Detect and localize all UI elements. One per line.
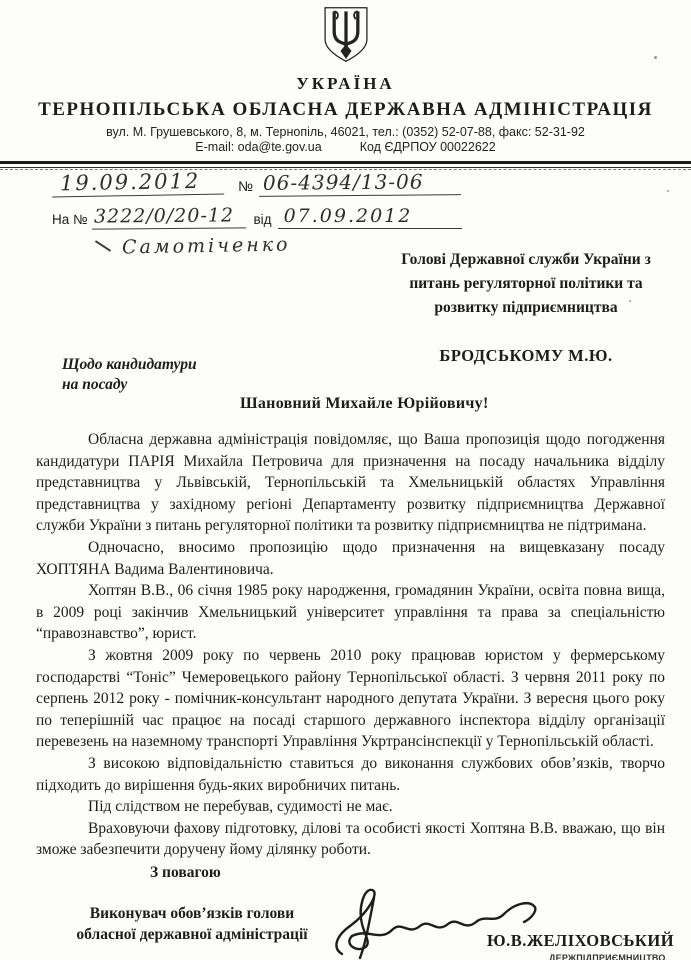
ukraine-trident-emblem-icon <box>317 5 375 65</box>
organization-contacts: E-mail: oda@te.gov.uaКод ЄДРПОУ 00022622 <box>0 140 691 154</box>
body-paragraph: Враховуючи фахову підготовку, ділові та … <box>36 818 665 861</box>
letterhead-separator <box>0 161 691 168</box>
incoming-number-field: 3222/0/20-12 <box>91 204 245 229</box>
scanned-letter-page: УКРАЇНА ТЕРНОПІЛЬСЬКА ОБЛАСНА ДЕРЖАВНА А… <box>0 0 691 960</box>
outgoing-date-field: 19.09.2012 <box>52 169 224 198</box>
stamp-caption: ДЕРЖПІДПРИЄМНИЦТВО <box>549 953 666 960</box>
incoming-reference-line: На № 3222/0/20-12 від 07.09.2012 <box>52 205 472 229</box>
recipient-line: Голові Державної служби України з <box>368 248 684 272</box>
body-paragraph: З високою відповідальністю ставиться до … <box>36 753 665 796</box>
body-paragraph: Обласна державна адміністрація повідомля… <box>36 429 665 537</box>
number-label: № <box>238 178 253 194</box>
pen-stroke-mark <box>95 240 111 251</box>
body-paragraph: З жовтня 2009 року по червень 2010 року … <box>36 645 665 753</box>
organization-address: вул. М. Грушевського, 8, м. Тернопіль, 4… <box>0 125 691 139</box>
recipient-line: розвитку підприємництва <box>368 296 684 320</box>
recipient-line: питань регуляторної політики та <box>368 272 684 296</box>
letterhead: УКРАЇНА ТЕРНОПІЛЬСЬКА ОБЛАСНА ДЕРЖАВНА А… <box>0 0 691 170</box>
letter-body: Обласна державна адміністрація повідомля… <box>36 429 665 861</box>
organization-email: E-mail: oda@te.gov.ua <box>195 140 321 154</box>
signer-name: Ю.В.ЖЕЛІХОВСЬКИЙ <box>487 931 674 951</box>
subject-block: Щодо кандидатури на посаду <box>62 355 197 395</box>
recipient-block: Голові Державної служби України з питань… <box>368 248 684 368</box>
signer-position-line: обласної державної адміністрації <box>58 924 326 945</box>
organization-title: ТЕРНОПІЛЬСЬКА ОБЛАСНА ДЕРЖАВНА АДМІНІСТР… <box>0 99 691 121</box>
subject-line: Щодо кандидатури <box>62 355 197 375</box>
outgoing-number-field: 06-4394/13-06 <box>259 169 461 197</box>
salutation: Шановний Михайле Юрійовичу! <box>240 395 489 413</box>
organization-edrpou: Код ЄДРПОУ 00022622 <box>360 140 496 154</box>
signer-position-line: Виконувач обов’язків голови <box>58 903 326 924</box>
recipient-name: БРОДСЬКОМУ М.Ю. <box>368 344 684 368</box>
body-paragraph: Одночасно, вносимо пропозицію щодо призн… <box>36 537 665 580</box>
reference-block: 19.09.2012 № 06-4394/13-06 На № 3222/0/2… <box>52 170 472 257</box>
signer-position: Виконувач обов’язків голови обласної дер… <box>58 903 326 945</box>
subject-line: на посаду <box>62 375 197 395</box>
handwritten-surname: Самотіченко <box>122 234 291 259</box>
incoming-date-field: 07.09.2012 <box>278 205 462 229</box>
scan-speck <box>667 190 669 192</box>
reply-to-label: На № <box>52 212 88 227</box>
from-date-label: від <box>254 212 272 227</box>
body-paragraph: Хоптян В.В., 06 січня 1985 року народжен… <box>36 580 665 645</box>
body-paragraph: Під слідством не перебував, судимості не… <box>36 796 665 818</box>
closing-phrase: З повагою <box>150 864 221 882</box>
outgoing-reference-line: 19.09.2012 № 06-4394/13-06 <box>52 170 472 196</box>
country-title: УКРАЇНА <box>0 74 691 94</box>
